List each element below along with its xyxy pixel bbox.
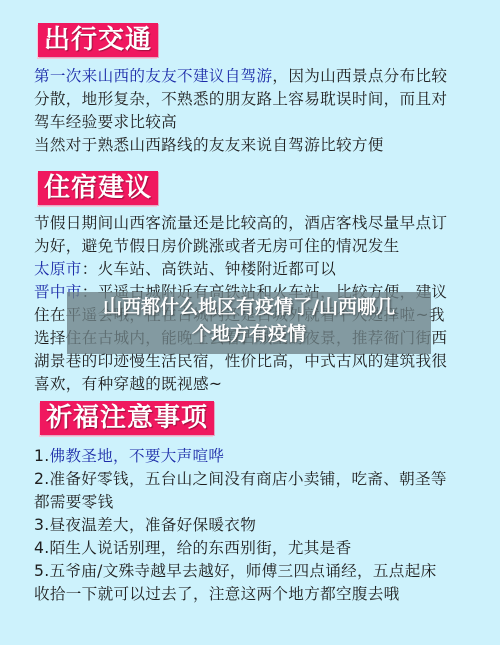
text-line: 驾车经验要求比较高 — [34, 111, 474, 134]
overlay-title: 山西都什么地区有疫情了/山西哪几 个地方有疫情 — [67, 294, 431, 348]
text-line: 喜欢，有种穿越的既视感~ — [34, 373, 474, 396]
text-line: 节假日期间山西客流量还是比较高的，酒店客栈尽量早点订 — [34, 212, 474, 235]
section-heading-lodging: 住宿建议 — [38, 171, 158, 205]
text-line: 2.准备好零钱，五台山之间没有商店小卖铺，吃斋、朝圣等 — [34, 468, 474, 491]
prayer-notes-text: 1.佛教圣地，不要大声喧哗 2.准备好零钱，五台山之间没有商店小卖铺，吃斋、朝圣… — [34, 445, 474, 606]
text-line: 4.陌生人说话别理，给的东西别街，尤其是香 — [34, 537, 474, 560]
text-line: 5.五爷庙/文殊寺越早去越好，师傅三四点诵经，五点起床 — [34, 560, 474, 583]
overlay-title-line2: 个地方有疫情 — [67, 321, 431, 348]
text-line: 太原市：火车站、高铁站、钟楼附近都可以 — [34, 258, 474, 281]
transport-text: 第一次来山西的友友不建议自驾游，因为山西景点分布比较 分散，地形复杂，不熟悉的朋… — [34, 65, 474, 157]
text-line: 为好，避免节假日房价跳涨或者无房可住的情况发生 — [34, 235, 474, 258]
text-line: 第一次来山西的友友不建议自驾游，因为山西景点分布比较 — [34, 65, 474, 88]
text-line: 分散，地形复杂，不熟悉的朋友路上容易耽误时间，而且对 — [34, 88, 474, 111]
text-line: 收拾一下就可以过去了，注意这两个地方都空腹去哦 — [34, 583, 474, 606]
text-line: 当然对于熟悉山西路线的友友来说自驾游比较方便 — [34, 134, 474, 157]
section-heading-prayer-notes: 祈福注意事项 — [40, 401, 214, 435]
overlay-title-line1: 山西都什么地区有疫情了/山西哪几 — [67, 294, 431, 321]
text-line: 1.佛教圣地，不要大声喧哗 — [34, 445, 474, 468]
text-line: 3.昼夜温差大，准备好保暖衣物 — [34, 514, 474, 537]
section-heading-transport: 出行交通 — [38, 23, 158, 57]
text-line: 都需要零钱 — [34, 491, 474, 514]
